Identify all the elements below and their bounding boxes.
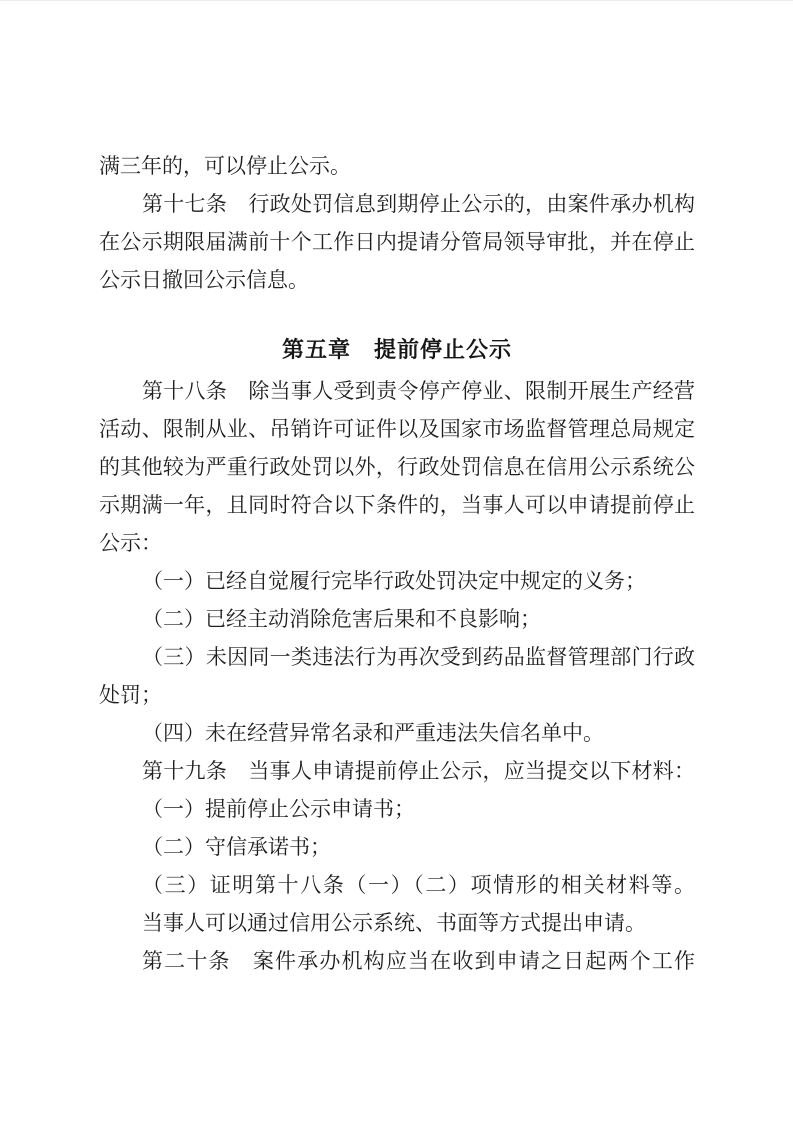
chapter-heading: 第五章 提前停止公示 — [99, 332, 695, 370]
article-19-item-3: （三）证明第十八条（一）（二）项情形的相关材料等。 — [99, 866, 695, 904]
article-18-line: 的其他较为严重行政处罚以外，行政处罚信息在信用公示系统公 — [99, 448, 695, 486]
article-17-line: 公示日撤回公示信息。 — [99, 261, 695, 299]
article-18-line: 第十八条 除当事人受到责令停产停业、限制开展生产经营 — [99, 372, 695, 410]
article-19-line: 第十九条 当事人申请提前停止公示，应当提交以下材料： — [99, 752, 695, 790]
article-19-item-2: （二）守信承诺书； — [99, 828, 695, 866]
article-18-line: 活动、限制从业、吊销许可证件以及国家市场监督管理总局规定 — [99, 410, 695, 448]
article-17-line: 第十七条 行政处罚信息到期停止公示的，由案件承办机构 — [99, 185, 695, 223]
article-18-line: 公示： — [99, 524, 695, 562]
document-page: 满三年的，可以停止公示。 第十七条 行政处罚信息到期停止公示的，由案件承办机构 … — [0, 0, 793, 1121]
article-18-item-4: （四）未在经营异常名录和严重违法失信名单中。 — [99, 714, 695, 752]
article-18-item-1: （一）已经自觉履行完毕行政处罚决定中规定的义务； — [99, 562, 695, 600]
article-18-item-2: （二）已经主动消除危害后果和不良影响； — [99, 600, 695, 638]
article-20-line: 第二十条 案件承办机构应当在收到申请之日起两个工作 — [99, 942, 695, 980]
article-19-item-1: （一）提前停止公示申请书； — [99, 790, 695, 828]
article-18-item-3: 处罚； — [99, 676, 695, 714]
text-column: 满三年的，可以停止公示。 第十七条 行政处罚信息到期停止公示的，由案件承办机构 … — [99, 147, 695, 980]
apply-methods-line: 当事人可以通过信用公示系统、书面等方式提出申请。 — [99, 904, 695, 942]
article-18-item-3: （三）未因同一类违法行为再次受到药品监督管理部门行政 — [99, 638, 695, 676]
article-18-line: 示期满一年，且同时符合以下条件的，当事人可以申请提前停止 — [99, 486, 695, 524]
article-17-line: 在公示期限届满前十个工作日内提请分管局领导审批，并在停止 — [99, 223, 695, 261]
article-16-continuation-line: 满三年的，可以停止公示。 — [99, 147, 695, 185]
